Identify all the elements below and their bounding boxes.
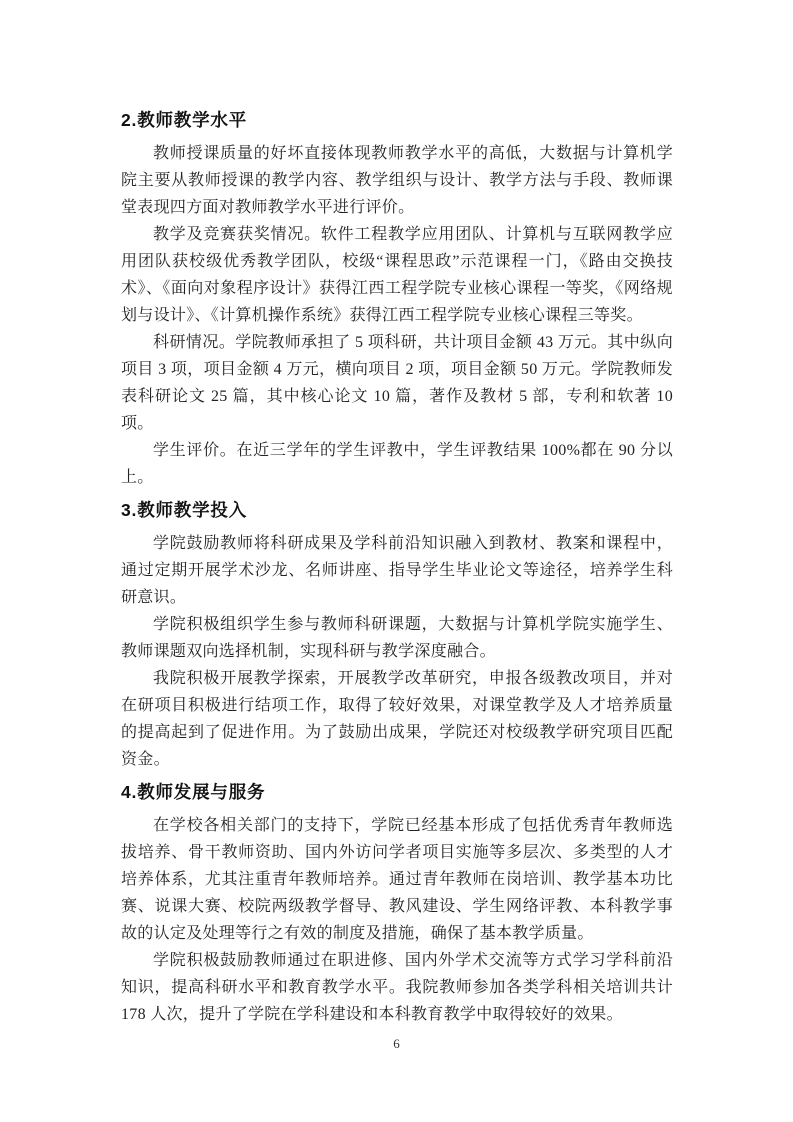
paragraph: 在学校各相关部门的支持下，学院已经基本形成了包括优秀青年教师选拔培养、骨干教师资… — [121, 812, 673, 947]
paragraph: 我院积极开展教学探索，开展教学改革研究，申报各级教改项目，并对在研项目积极进行结… — [121, 665, 673, 773]
document-page: 2.教师教学水平 教师授课质量的好坏直接体现教师教学水平的高低，大数据与计算机学… — [0, 0, 793, 1122]
paragraph: 科研情况。学院教师承担了 5 项科研，共计项目金额 43 万元。其中纵向项目 3… — [121, 329, 673, 437]
section-heading: 3.教师教学投入 — [121, 497, 673, 524]
section-teacher-development: 4.教师发展与服务 在学校各相关部门的支持下，学院已经基本形成了包括优秀青年教师… — [121, 779, 673, 1028]
section-heading: 2.教师教学水平 — [121, 107, 673, 134]
page-number: 6 — [0, 1036, 793, 1052]
document-content: 2.教师教学水平 教师授课质量的好坏直接体现教师教学水平的高低，大数据与计算机学… — [121, 101, 673, 1028]
paragraph: 学院积极组织学生参与教师科研课题，大数据与计算机学院实施学生、教师课题双向选择机… — [121, 611, 673, 665]
paragraph: 教学及竞赛获奖情况。软件工程教学应用团队、计算机与互联网教学应用团队获校级优秀教… — [121, 221, 673, 329]
section-heading: 4.教师发展与服务 — [121, 779, 673, 806]
section-teaching-commitment: 3.教师教学投入 学院鼓励教师将科研成果及学科前沿知识融入到教材、教案和课程中，… — [121, 497, 673, 773]
paragraph: 学院积极鼓励教师通过在职进修、国内外学术交流等方式学习学科前沿知识，提高科研水平… — [121, 947, 673, 1028]
paragraph: 学生评价。在近三学年的学生评教中，学生评教结果 100%都在 90 分以上。 — [121, 437, 673, 491]
paragraph: 学院鼓励教师将科研成果及学科前沿知识融入到教材、教案和课程中，通过定期开展学术沙… — [121, 530, 673, 611]
section-teaching-level: 2.教师教学水平 教师授课质量的好坏直接体现教师教学水平的高低，大数据与计算机学… — [121, 107, 673, 491]
paragraph: 教师授课质量的好坏直接体现教师教学水平的高低，大数据与计算机学院主要从教师授课的… — [121, 140, 673, 221]
